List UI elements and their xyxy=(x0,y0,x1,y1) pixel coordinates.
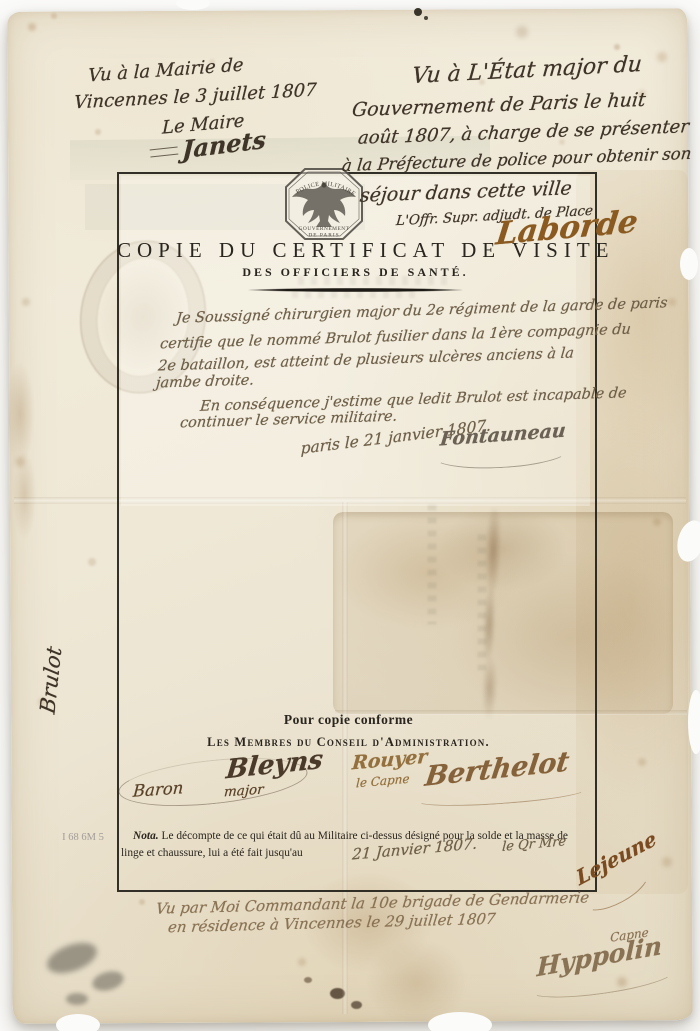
members-heading: Les Membres du Conseil d'Administration. xyxy=(110,735,587,750)
copy-conforme-heading: Pour copie conforme xyxy=(110,712,587,728)
police-stamp-svg: POLICE MILITAIRE GOUVERNEMENT DE PARIS xyxy=(283,166,365,244)
bottom-dark-spot-2 xyxy=(351,1001,362,1009)
foxing-spots xyxy=(0,0,4,4)
police-stamp: POLICE MILITAIRE GOUVERNEMENT DE PARIS xyxy=(283,166,365,244)
body-line-4: jambe droite. xyxy=(155,372,254,391)
nota-line-2: linge et chaussure, lui a été fait jusqu… xyxy=(121,847,303,859)
edge-tear-bottom-1 xyxy=(428,1012,492,1031)
left-edge-stain xyxy=(8,360,38,540)
council-signature-baron-title: major xyxy=(223,782,264,801)
certificate-title: COPIE DU CERTIFICAT DE VISITE xyxy=(117,238,594,263)
certificate-subtitle: DES OFFICIERS DE SANTÉ. xyxy=(117,265,594,280)
stamp-bottom-text-1: GOUVERNEMENT xyxy=(299,226,350,232)
ink-blot-top-small xyxy=(424,16,428,20)
edge-tear-bottom-2 xyxy=(56,1014,100,1031)
ink-blot-top xyxy=(414,8,422,16)
bottom-left-smudge-3 xyxy=(66,993,88,1005)
tapered-rule xyxy=(248,288,463,292)
council-signature-baron: Baron xyxy=(132,778,184,801)
edge-tear-right-2 xyxy=(680,248,698,280)
pencil-inventory-mark: I 68 6M 5 xyxy=(28,832,138,843)
document-photo: POLICE MILITAIRE GOUVERNEMENT DE PARIS V… xyxy=(0,0,700,1031)
bottom-dark-spot-3 xyxy=(304,977,312,983)
nota-label: Nota. xyxy=(133,830,159,842)
edge-tear-right-3 xyxy=(688,690,700,754)
edge-tear-top-1 xyxy=(176,0,210,10)
